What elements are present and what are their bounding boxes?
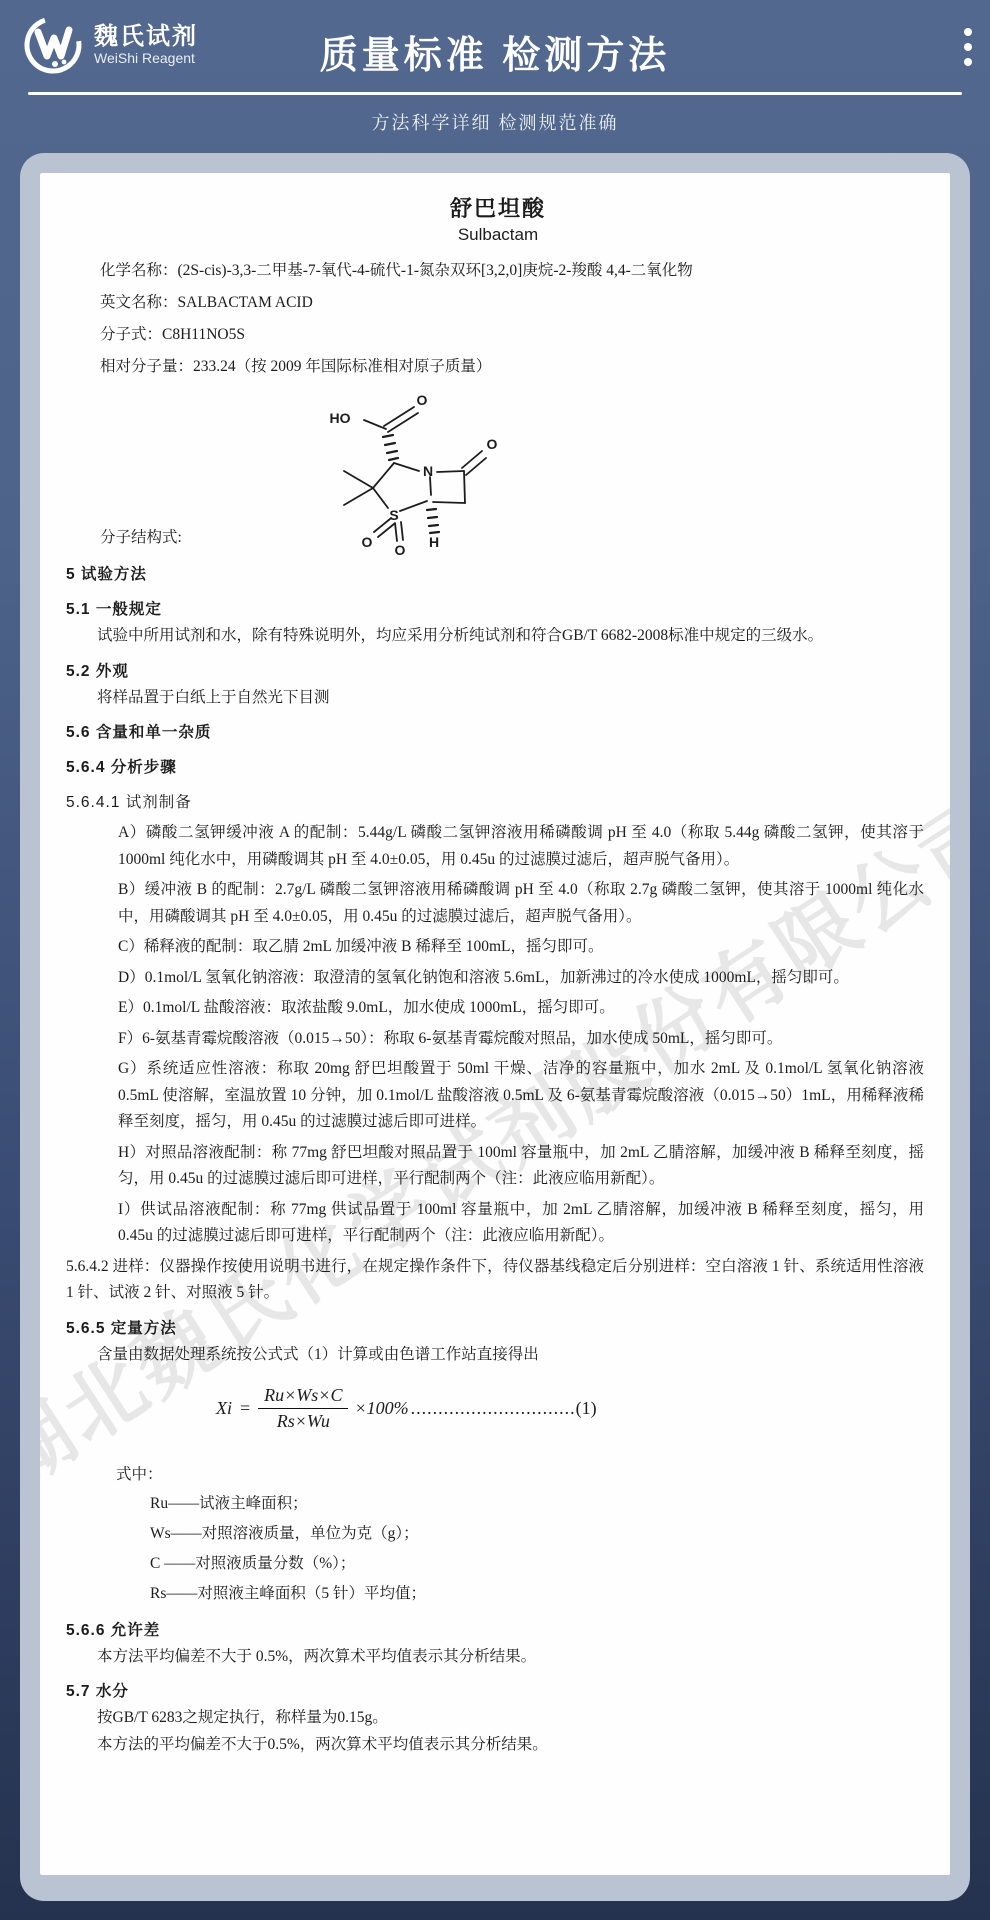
chemical-name-line: 化学名称：(2S-cis)-3,3-二甲基-7-氧代-4-硫代-1-氮杂双环[3… xyxy=(100,255,930,287)
section-5-6-4-2-paragraph: 5.6.4.2 进样：仪器操作按使用说明书进行，在规定操作条件下，待仪器基线稳定… xyxy=(66,1254,924,1307)
section-5-2-paragraph: 将样品置于白纸上于自然光下目测 xyxy=(66,685,924,712)
kebab-menu-icon[interactable] xyxy=(964,28,972,66)
definition-ru: Ru——试液主峰面积； xyxy=(150,1489,930,1519)
atom-o-s-left: O xyxy=(361,534,372,550)
section-5-2-heading: 5.2 外观 xyxy=(66,659,930,685)
assay-formula: Xi = Ru×Ws×C Rs×Wu ×100% ...............… xyxy=(216,1378,930,1438)
section-5-6-4-1-heading: 5.6.4.1 试剂制备 xyxy=(66,790,930,816)
kebab-dot xyxy=(964,28,972,36)
reagent-step-h: H）对照品溶液配制：称 77mg 舒巴坦酸对照品置于 100ml 容量瓶中，加 … xyxy=(118,1140,924,1193)
page-title: 质量标准 检测方法 xyxy=(0,24,990,79)
molecular-structure-diagram: HO O O N S O O H xyxy=(294,389,509,567)
formula-number: (1) xyxy=(576,1398,597,1419)
reagent-step-g: G）系统适应性溶液：称取 20mg 舒巴坦酸置于 50ml 干燥、洁净的容量瓶中… xyxy=(118,1056,924,1136)
formula-denominator: Rs×Wu xyxy=(258,1409,348,1432)
definition-c: C ——对照液质量分数（%）； xyxy=(150,1549,930,1579)
reagent-step-d: D）0.1mol/L 氢氧化钠溶液：取澄清的氢氧化钠饱和溶液 5.6mL，加新沸… xyxy=(118,965,924,992)
structure-section: 分子结构式: xyxy=(100,383,930,553)
section-5-6-4-heading: 5.6.4 分析步骤 xyxy=(66,755,930,781)
doc-title-cn: 舒巴坦酸 xyxy=(66,195,930,223)
section-5-6-6-paragraph: 本方法平均偏差不大于 0.5%，两次算术平均值表示其分析结果。 xyxy=(66,1644,924,1671)
atom-o-acid: O xyxy=(416,392,427,408)
reagent-step-i: I）供试品溶液配制：称 77mg 供试品置于 100ml 容量瓶中，加 2mL … xyxy=(118,1197,924,1250)
document-page: 湖北魏氏化学试剂股份有限公司 舒巴坦酸 Sulbactam 化学名称：(2S-c… xyxy=(40,173,950,1875)
section-5-6-heading: 5.6 含量和单一杂质 xyxy=(66,720,930,746)
section-5-7-paragraph-2: 本方法的平均偏差不大于0.5%，两次算术平均值表示其分析结果。 xyxy=(66,1732,924,1759)
definition-ws: Ws——对照溶液质量，单位为克（g）； xyxy=(150,1519,930,1549)
molecular-formula-line: 分子式：C8H11NO5S xyxy=(100,319,930,351)
atom-o-lactam: O xyxy=(486,436,497,452)
formula-lhs: Xi xyxy=(216,1398,232,1419)
reagent-step-c: C）稀释液的配制：取乙腈 2mL 加缓冲液 B 稀释至 100mL，摇匀即可。 xyxy=(118,934,924,961)
formula-numerator: Ru×Ws×C xyxy=(258,1385,348,1409)
molecular-weight-line: 相对分子量：233.24（按 2009 年国际标准相对原子质量） xyxy=(100,351,930,383)
formula-intro: 式中： xyxy=(116,1462,930,1489)
structure-label: 分子结构式: xyxy=(100,525,182,551)
app-header: 魏氏试剂 WeiShi Reagent 质量标准 检测方法 xyxy=(0,0,990,90)
kebab-dot xyxy=(964,43,972,51)
section-5-7-heading: 5.7 水分 xyxy=(66,1679,930,1705)
document-panel: 湖北魏氏化学试剂股份有限公司 舒巴坦酸 Sulbactam 化学名称：(2S-c… xyxy=(20,153,970,1901)
definition-rs: Rs——对照液主峰面积（5 针）平均值； xyxy=(150,1579,930,1609)
atom-h: H xyxy=(429,534,439,550)
english-name-line: 英文名称：SALBACTAM ACID xyxy=(100,287,930,319)
reagent-step-b: B）缓冲液 B 的配制：2.7g/L 磷酸二氢钾溶液用稀磷酸调 pH 至 4.0… xyxy=(118,877,924,930)
reagent-step-e: E）0.1mol/L 盐酸溶液：取浓盐酸 9.0mL，加水使成 1000mL，摇… xyxy=(118,995,924,1022)
header-subtitle: 方法科学详细 检测规范准确 xyxy=(0,109,990,135)
atom-o-s-bottom: O xyxy=(394,542,405,558)
section-5-7-paragraph-1: 按GB/T 6283之规定执行，称样量为0.15g。 xyxy=(66,1705,924,1732)
reagent-step-f: F）6-氨基青霉烷酸溶液（0.015→50）：称取 6-氨基青霉烷酸对照品，加水… xyxy=(118,1026,924,1053)
atom-s: S xyxy=(389,507,398,523)
section-5-1-heading: 5.1 一般规定 xyxy=(66,597,930,623)
formula-multiplier: ×100% xyxy=(354,1398,408,1419)
section-5-1-paragraph: 试验中所用试剂和水，除有特殊说明外，均应采用分析纯试剂和符合GB/T 6682-… xyxy=(66,623,924,650)
doc-title-en: Sulbactam xyxy=(66,223,930,247)
atom-ho: HO xyxy=(329,410,350,426)
kebab-dot xyxy=(964,58,972,66)
section-5-6-6-heading: 5.6.6 允许差 xyxy=(66,1618,930,1644)
formula-equals: = xyxy=(240,1398,250,1419)
section-5-6-5-heading: 5.6.5 定量方法 xyxy=(66,1316,930,1342)
header-divider xyxy=(28,92,962,95)
formula-dots: .............................. xyxy=(411,1398,576,1419)
section-5-6-5-paragraph: 含量由数据处理系统按公式式（1）计算或由色谱工作站直接得出 xyxy=(66,1342,924,1369)
formula-fraction: Ru×Ws×C Rs×Wu xyxy=(258,1385,348,1432)
atom-n: N xyxy=(423,463,433,479)
reagent-step-a: A）磷酸二氢钾缓冲液 A 的配制：5.44g/L 磷酸二氢钾溶液用稀磷酸调 pH… xyxy=(118,820,924,873)
